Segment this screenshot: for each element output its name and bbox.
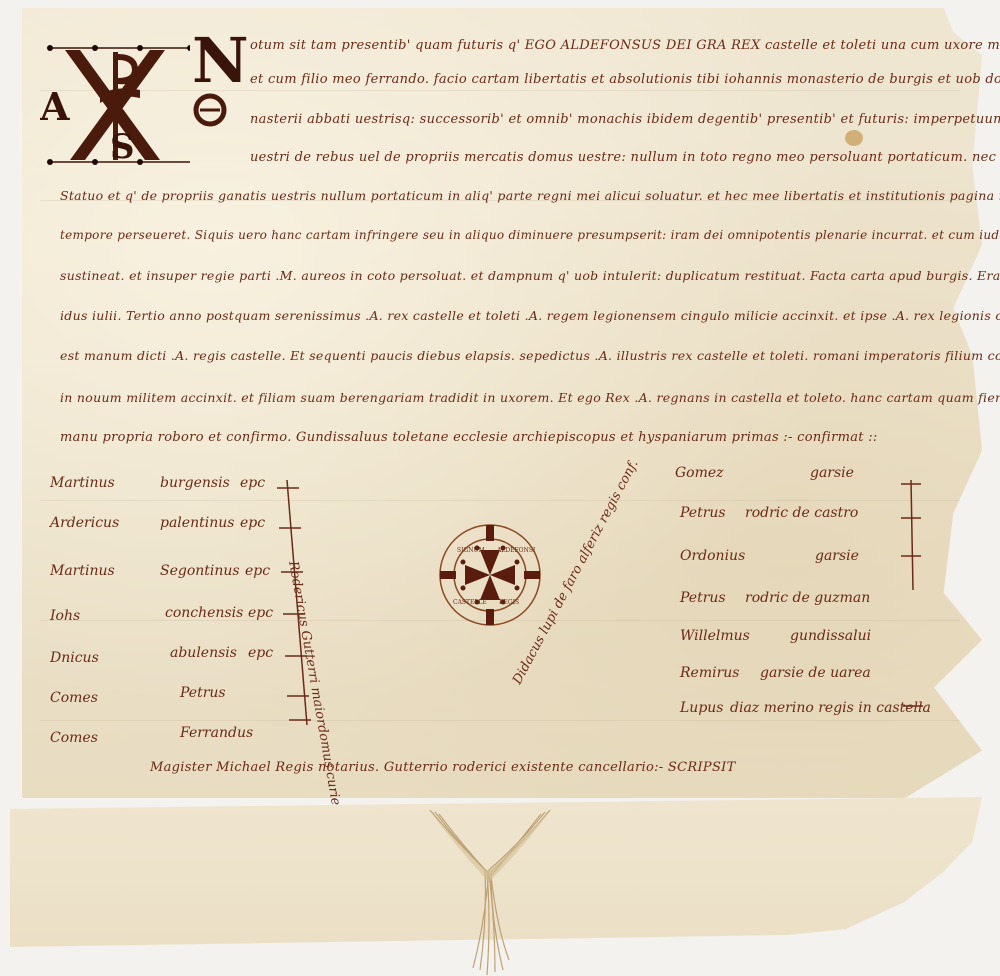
witness-name: Ardericus (50, 515, 119, 531)
alpha-letter: A (40, 84, 70, 129)
witness-patronymic: gundissalui (790, 628, 871, 644)
ruling-line (40, 500, 960, 501)
witness-see: abulensis (170, 645, 237, 661)
witness-see: Petrus (180, 685, 226, 701)
text-line: manu propria roboro et confirmo. Gundiss… (60, 430, 878, 445)
chrismon-monogram-icon: A S (40, 40, 190, 170)
witness-title: epc (240, 515, 265, 531)
witness-name: Comes (50, 730, 98, 746)
chancery-subscription: Magister Michael Regis notarius. Gutterr… (150, 760, 736, 775)
text-line: otum sit tam presentib' quam futuris q' … (250, 38, 1000, 53)
witness-name: Lupus (680, 700, 723, 716)
witness-patronymic: garsie (810, 465, 854, 481)
witness-patronymic: garsie de uarea (760, 665, 871, 681)
witness-name: Petrus (680, 590, 726, 606)
decorated-initial-n: N (192, 30, 249, 92)
witness-see: Segontinus (160, 563, 240, 579)
svg-text:REGIS: REGIS (499, 599, 519, 606)
text-line: uestri de rebus uel de propriis mercatis… (250, 150, 1000, 165)
svg-text:S: S (110, 127, 135, 167)
text-line: Statuo et q' de propriis ganatis uestris… (60, 188, 1000, 203)
witness-name: Comes (50, 690, 98, 706)
witness-name: Martinus (50, 563, 115, 579)
witness-name: Remirus (680, 665, 739, 681)
witness-name: Petrus (680, 505, 726, 521)
svg-text:ALDEFONSI: ALDEFONSI (496, 547, 536, 554)
seal-cord-icon (425, 810, 555, 976)
text-line: nasterii abbati uestrisq: successorib' e… (250, 112, 1000, 127)
witness-name: Willelmus (680, 628, 750, 644)
witness-see: conchensis (165, 605, 243, 621)
text-line: sustineat. et insuper regie parti .M. au… (60, 268, 1000, 283)
witness-name: Martinus (50, 475, 115, 491)
wax-stain (845, 130, 863, 146)
ruling-line (40, 720, 960, 721)
text-line: est manum dicti .A. regis castelle. Et s… (60, 348, 1000, 363)
omega-icon (190, 92, 230, 128)
witness-patronymic: rodric de castro (745, 505, 858, 521)
text-line: in nouum militem accinxit. et filiam sua… (60, 390, 1000, 405)
witness-name: Dnicus (50, 650, 99, 666)
confirmation-marks-icon (895, 470, 935, 720)
witness-patronymic: garsie (815, 548, 859, 564)
witness-patronymic: rodric de guzman (745, 590, 870, 606)
text-line: idus iulii. Tertio anno postquam serenis… (60, 308, 1000, 323)
svg-text:SIGNUM: SIGNUM (457, 547, 485, 554)
text-line: et cum filio meo ferrando. facio cartam … (250, 72, 1000, 87)
witness-name: Iohs (50, 608, 80, 624)
svg-text:CASTELLE: CASTELLE (453, 599, 487, 606)
witness-title: epc (240, 475, 265, 491)
text-line: tempore perseueret. Siquis uero hanc car… (60, 228, 1000, 242)
witness-see: palentinus (160, 515, 234, 531)
witness-see: burgensis (160, 475, 230, 491)
rota-royal-seal-icon: SIGNUM ALDEFONSI CASTELLE REGIS (435, 520, 545, 630)
witness-name: Gomez (675, 465, 724, 481)
witness-see: Ferrandus (180, 725, 253, 741)
witness-name: Ordonius (680, 548, 745, 564)
